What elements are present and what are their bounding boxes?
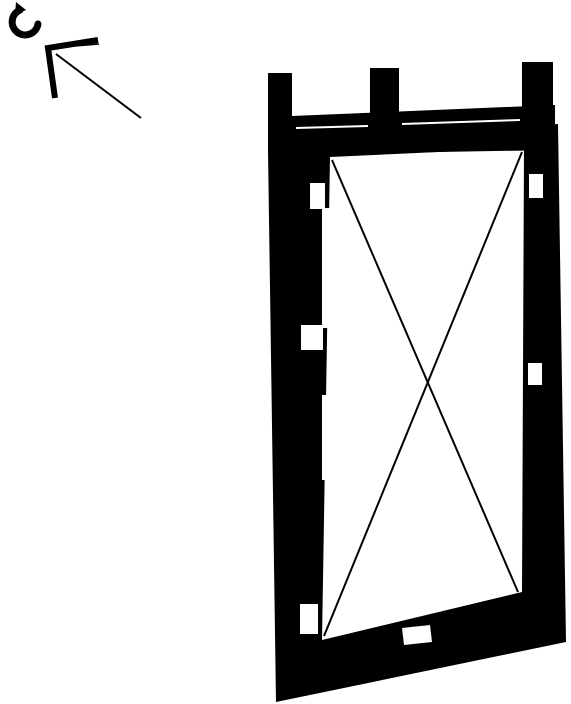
hinge-left-bottom (300, 604, 318, 634)
hinge-right-middle (528, 363, 542, 385)
post-right (522, 62, 553, 112)
hinge-bottom-rail (402, 625, 432, 645)
opening-direction-arrow (48, 40, 141, 118)
hinge-left-top (310, 183, 325, 209)
rotation-hook-icon (12, 2, 38, 35)
hinge-right-top (529, 174, 543, 198)
hinge-left-middle (301, 325, 323, 350)
post-center (370, 68, 399, 118)
window-diagram (0, 0, 571, 704)
post-left (268, 73, 292, 123)
top-lintel (268, 62, 555, 155)
